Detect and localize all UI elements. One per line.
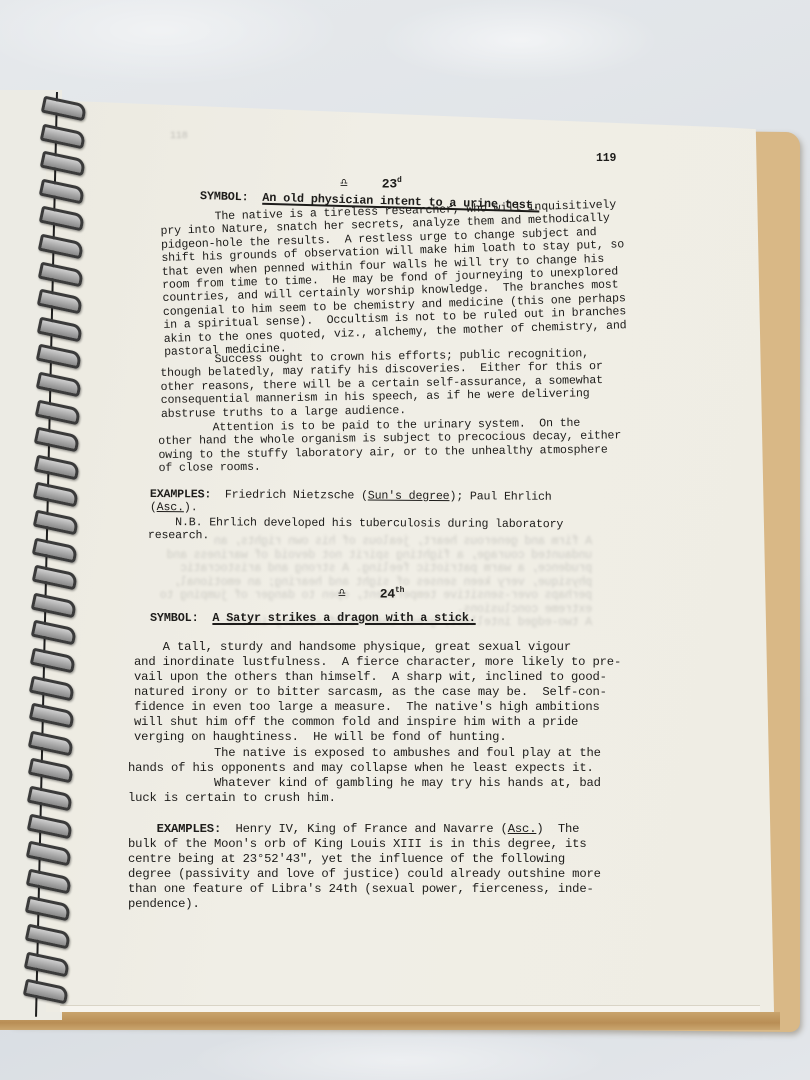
spiral-coil — [40, 123, 87, 149]
spiral-coil — [29, 675, 76, 701]
spiral-coil — [28, 730, 75, 756]
spiral-coil — [39, 206, 86, 232]
spiral-coil — [23, 979, 70, 1005]
spiral-coil — [39, 178, 86, 204]
paragraph-24-2: The native is exposed to ambushes and fo… — [128, 746, 601, 776]
spiral-coil — [30, 620, 77, 646]
spiral-coil — [29, 703, 76, 729]
examples-24: EXAMPLES: Henry IV, King of France and N… — [128, 822, 601, 912]
page-stack-edge — [60, 1005, 760, 1012]
note-23: N.B. Ehrlich developed his tuberculosis … — [148, 516, 563, 545]
page-number: 119 — [596, 152, 616, 165]
spiral-coil — [37, 289, 84, 315]
spiral-coil — [36, 316, 83, 342]
examples-label: EXAMPLES: — [150, 488, 211, 501]
spiral-binding — [0, 95, 90, 1015]
spiral-coil — [40, 151, 87, 177]
ghost-page-number: 118 — [170, 130, 188, 143]
spiral-coil — [31, 565, 78, 591]
examples-underlined: Sun's degree — [368, 490, 450, 504]
paragraph-23-2: Success ought to crown his efforts; publ… — [160, 347, 603, 421]
examples-text: ); Paul Ehrlich — [449, 490, 551, 504]
degree-suffix: th — [395, 586, 404, 595]
cover-bottom-edge — [0, 1012, 780, 1030]
examples-text: ) The — [536, 822, 579, 836]
spiral-coil — [38, 234, 85, 260]
degree-number: 23 — [382, 176, 397, 191]
spiral-coil — [34, 454, 81, 480]
spiral-coil — [26, 841, 73, 867]
libra-icon: ♎ — [338, 586, 346, 601]
examples-text: bulk of the Moon's orb of King Louis XII… — [128, 837, 601, 911]
symbol-label: SYMBOL: — [150, 611, 199, 625]
degree-heading-24: ♎24th — [338, 584, 404, 601]
spiral-coil — [24, 924, 71, 950]
spiral-coil — [32, 537, 79, 563]
examples-23: EXAMPLES: Friedrich Nietzsche (Sun's deg… — [150, 488, 552, 518]
spiral-coil — [34, 427, 81, 453]
spiral-coil — [24, 951, 71, 977]
spiral-coil — [35, 372, 82, 398]
examples-text: Henry IV, King of France and Navarre ( — [235, 822, 507, 836]
examples-text: Friedrich Nietzsche ( — [225, 489, 368, 503]
libra-icon: ♎ — [340, 176, 348, 191]
paragraph-24-3: Whatever kind of gambling he may try his… — [128, 776, 601, 806]
examples-underlined: Asc. — [157, 501, 184, 514]
symbol-text: A Satyr strikes a dragon with a stick. — [212, 611, 475, 625]
spiral-coil — [32, 510, 79, 536]
spiral-coil — [26, 813, 73, 839]
examples-text: ). — [184, 502, 198, 515]
spiral-coil — [25, 868, 72, 894]
degree-suffix: d — [397, 176, 402, 185]
examples-label: EXAMPLES: — [157, 822, 221, 836]
symbol-label: SYMBOL: — [200, 189, 249, 204]
bleed-line: undaunted courage, a fighting spirit not… — [160, 549, 592, 563]
bleed-line: prudence, a warm patriotic feeling. A st… — [160, 562, 592, 576]
symbol-line-24: SYMBOL: A Satyr strikes a dragon with a … — [150, 612, 476, 625]
spiral-coil — [36, 344, 83, 370]
paragraph-24-1: A tall, sturdy and handsome physique, gr… — [134, 640, 621, 745]
spiral-coil — [30, 648, 77, 674]
paragraph-23-3: Attention is to be paid to the urinary s… — [158, 416, 622, 475]
spiral-coil — [28, 758, 75, 784]
paragraph-23-1: The native is a tireless researcher, who… — [160, 198, 627, 359]
spiral-coil — [25, 896, 72, 922]
spiral-coil — [27, 786, 74, 812]
spiral-coil — [35, 399, 82, 425]
spiral-coil — [41, 96, 88, 122]
examples-underlined: Asc. — [508, 822, 537, 836]
degree-heading-23: ♎23d — [340, 174, 402, 191]
spiral-coil — [33, 482, 80, 508]
spiral-coil — [31, 592, 78, 618]
degree-number: 24 — [380, 586, 395, 601]
spiral-coil — [37, 261, 84, 287]
